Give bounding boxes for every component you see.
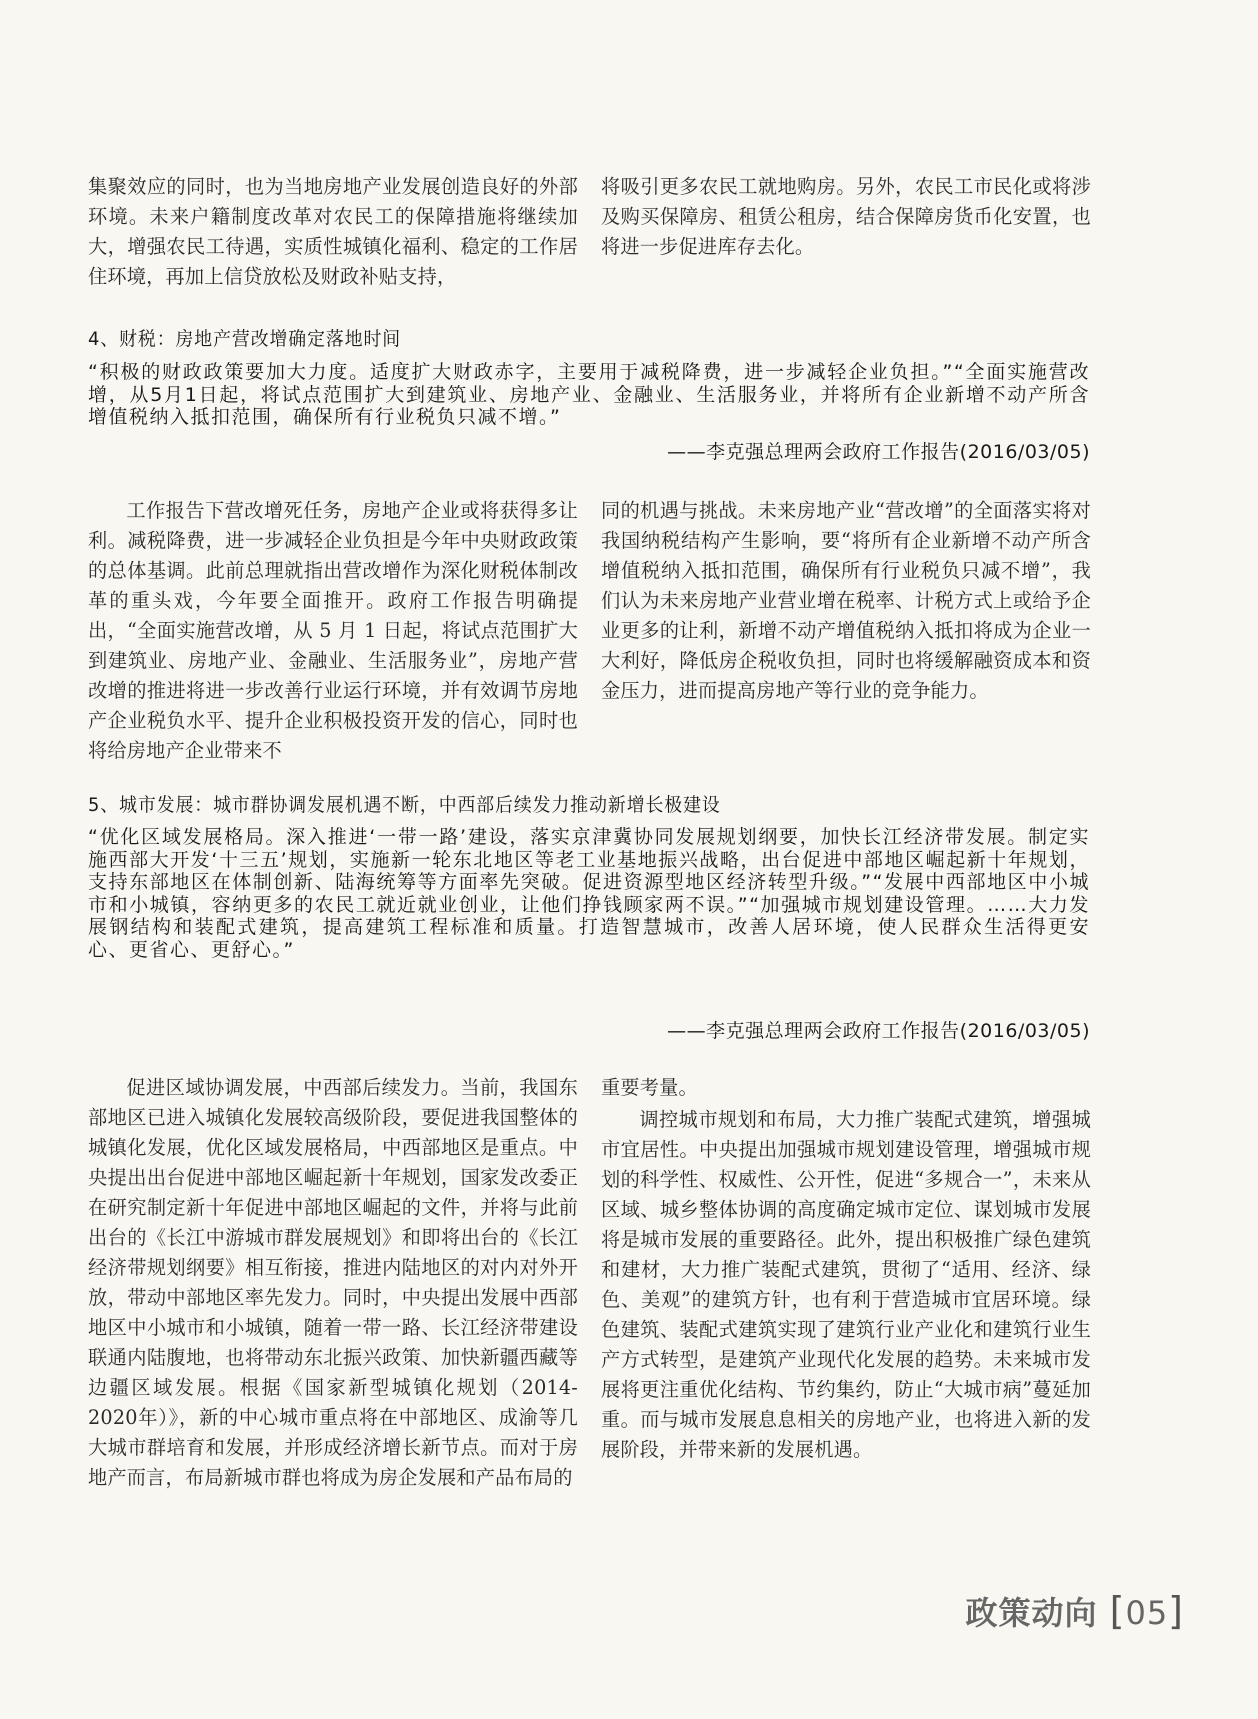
paragraph: 同的机遇与挑战。未来房地产业“营改增”的全面落实将对我国纳税结构产生影响，要“将…: [601, 496, 1091, 706]
section-5-title: 5、城市发展：城市群协调发展机遇不断，中西部后续发力推动新增长极建设: [88, 790, 721, 817]
bracket-open: [: [1110, 1589, 1126, 1633]
paragraph: 工作报告下营改增死任务，房地产企业或将获得多让利。减税降费，进一步减轻企业负担是…: [88, 496, 578, 766]
section-5-left-column: 促进区域协调发展，中西部后续发力。当前，我国东部地区已进入城镇化发展较高级阶段，…: [88, 1073, 578, 1493]
section-5-right-column: 重要考量。 调控城市规划和布局，大力推广装配式建筑，增强城市宜居性。中央提出加强…: [601, 1073, 1091, 1465]
paragraph: 调控城市规划和布局，大力推广装配式建筑，增强城市宜居性。中央提出加强城市规划建设…: [601, 1105, 1091, 1465]
paragraph: 将吸引更多农民工就地购房。另外，农民工市民化或将涉及购买保障房、租赁公租房，结合…: [601, 172, 1091, 262]
paragraph: 集聚效应的同时，也为当地房地产业发展创造良好的外部环境。未来户籍制度改革对农民工…: [88, 172, 578, 292]
section-5-source: ——李克强总理两会政府工作报告(2016/03/05): [667, 1016, 1090, 1043]
quote-text: “优化区域发展格局。深入推进‘一带一路’建设，落实京津冀协同发展规划纲要，加快长…: [88, 826, 1090, 961]
section-4-right-column: 同的机遇与挑战。未来房地产业“营改增”的全面落实将对我国纳税结构产生影响，要“将…: [601, 496, 1091, 706]
bracket-close: ]: [1168, 1589, 1184, 1633]
section-4-quote: “积极的财政政策要加大力度。适度扩大财政赤字，主要用于减税降费，进一步减轻企业负…: [88, 361, 1090, 429]
section-4-source: ——李克强总理两会政府工作报告(2016/03/05): [667, 437, 1090, 464]
section-name: 政策动向: [965, 1594, 1097, 1632]
paragraph: 重要考量。: [601, 1073, 1091, 1103]
paragraph: 促进区域协调发展，中西部后续发力。当前，我国东部地区已进入城镇化发展较高级阶段，…: [88, 1073, 578, 1493]
quote-text: “积极的财政政策要加大力度。适度扩大财政赤字，主要用于减税降费，进一步减轻企业负…: [88, 361, 1090, 429]
section-5-quote: “优化区域发展格局。深入推进‘一带一路’建设，落实京津冀协同发展规划纲要，加快长…: [88, 826, 1090, 961]
page-number: 05: [1125, 1594, 1168, 1632]
top-left-column: 集聚效应的同时，也为当地房地产业发展创造良好的外部环境。未来户籍制度改革对农民工…: [88, 172, 578, 292]
page-footer: 政策动向 [05]: [965, 1588, 1184, 1634]
section-4-left-column: 工作报告下营改增死任务，房地产企业或将获得多让利。减税降费，进一步减轻企业负担是…: [88, 496, 578, 766]
section-4-title: 4、财税：房地产营改增确定落地时间: [88, 324, 401, 351]
top-right-column: 将吸引更多农民工就地购房。另外，农民工市民化或将涉及购买保障房、租赁公租房，结合…: [601, 172, 1091, 262]
